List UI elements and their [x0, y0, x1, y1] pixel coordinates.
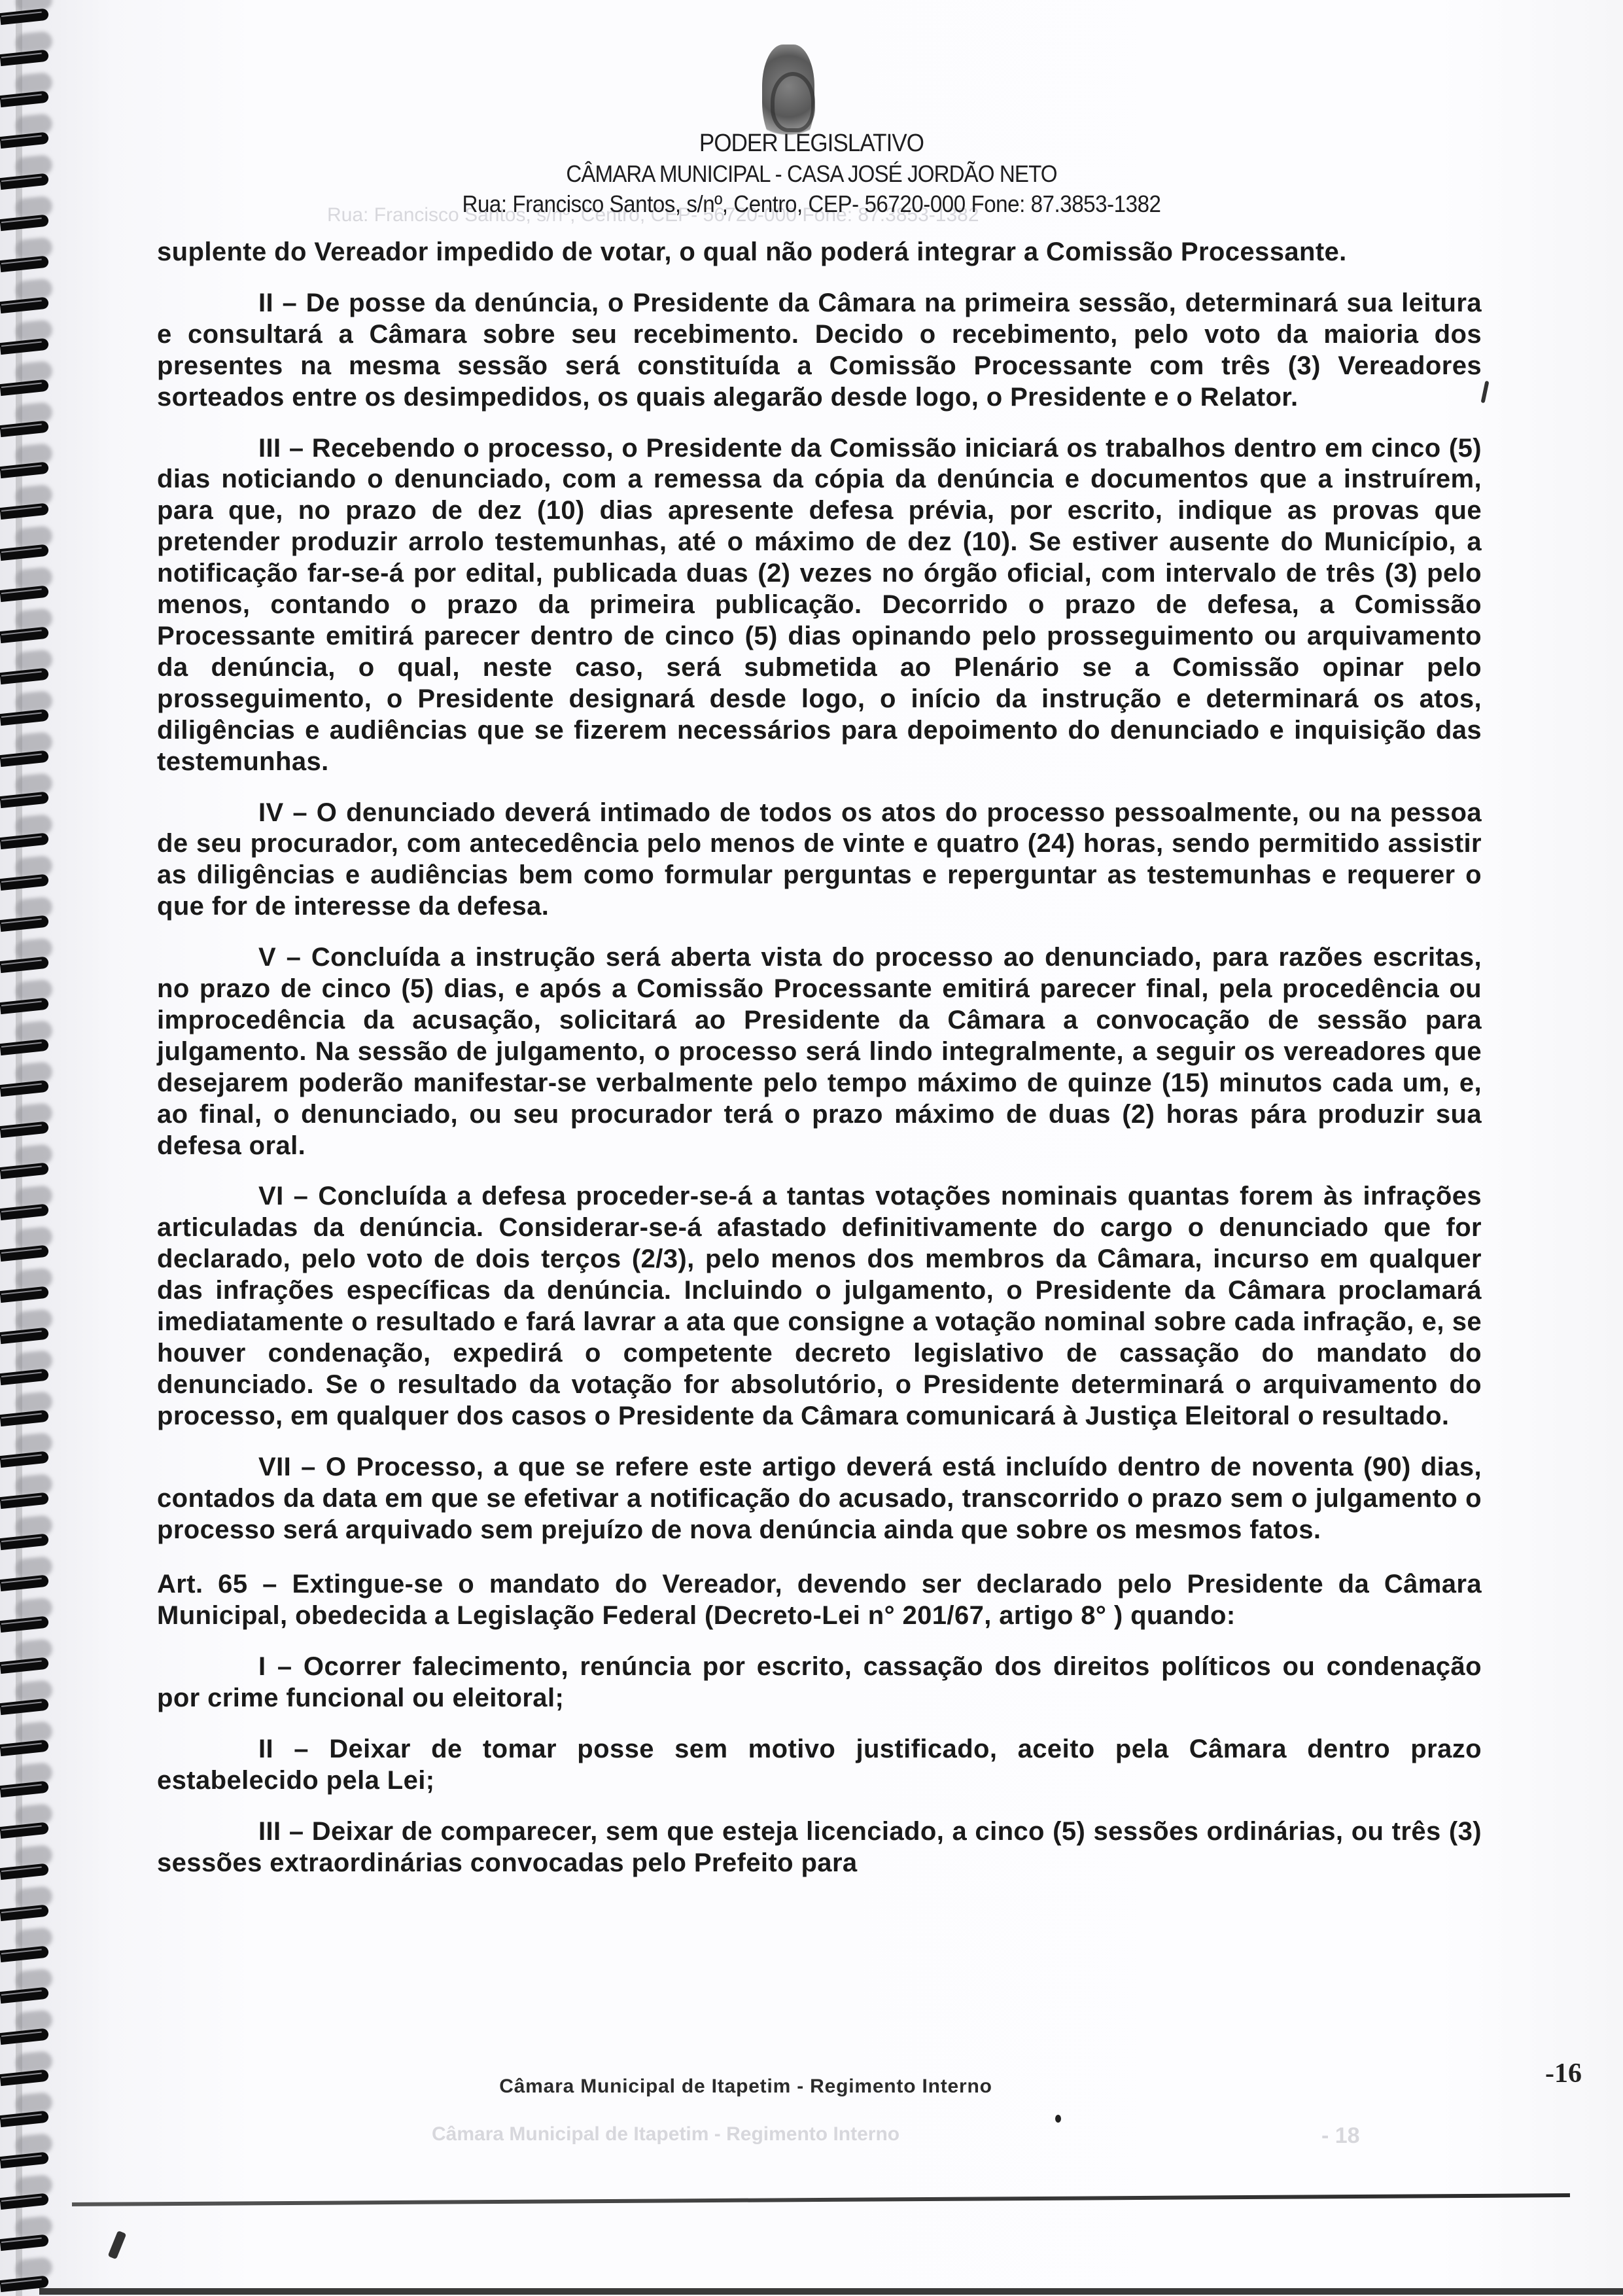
- spiral-ring-icon: [0, 580, 53, 605]
- spiral-ring-icon: [0, 209, 53, 234]
- paragraph-item-vi: VI – Concluída a defesa proceder-se-á a …: [157, 1181, 1482, 1432]
- spiral-ring-icon: [0, 910, 53, 934]
- spiral-ring-icon: [0, 3, 53, 27]
- spiral-ring-icon: [0, 539, 53, 563]
- paragraph-item-ii: II – De posse da denúncia, o Presidente …: [157, 288, 1482, 414]
- pen-mark: [108, 2231, 127, 2259]
- spiral-ring-icon: [0, 1775, 53, 1800]
- spiral-ring-icon: [0, 1734, 53, 1759]
- margin-pen-mark: [1481, 381, 1490, 404]
- page-edge-shadow-line: [72, 2193, 1570, 2206]
- spiral-ring-icon: [0, 332, 53, 357]
- spiral-ring-icon: [0, 951, 53, 976]
- spiral-ring-icon: [0, 1033, 53, 1058]
- spiral-ring-icon: [0, 456, 53, 481]
- letterhead-address: Rua: Francisco Santos, s/nº, Centro, CEP…: [65, 190, 1558, 218]
- paragraph-item-iii: III – Recebendo o processo, o Presidente…: [157, 433, 1482, 778]
- spiral-ring-icon: [0, 992, 53, 1017]
- page-number: -16: [1545, 2058, 1582, 2089]
- bleed-through-footer: Câmara Municipal de Itapetim - Regimento…: [432, 2123, 899, 2146]
- spiral-ring-icon: [0, 1487, 53, 1511]
- spiral-ring-icon: [0, 1198, 53, 1223]
- spiral-ring-icon: [0, 703, 53, 728]
- spiral-ring-icon: [0, 1940, 53, 1965]
- spiral-ring-icon: [0, 1239, 53, 1264]
- spiral-binding: [0, 0, 79, 2296]
- spiral-ring-icon: [0, 745, 53, 769]
- spiral-ring-icon: [0, 415, 53, 440]
- page-bottom-edge: [39, 2288, 1623, 2295]
- spiral-ring-icon: [0, 1157, 53, 1182]
- paragraph-item-v: V – Concluída a instrução será aberta vi…: [157, 942, 1482, 1161]
- spiral-ring-icon: [0, 1651, 53, 1676]
- spiral-ring-icon: [0, 1404, 53, 1429]
- spiral-ring-icon: [0, 2022, 53, 2047]
- spiral-ring-icon: [0, 1363, 53, 1388]
- spiral-ring-icon: [0, 1858, 53, 1882]
- document-body: suplente do Vereador impedido de votar, …: [157, 237, 1482, 1879]
- spiral-ring-icon: [0, 1445, 53, 1470]
- spiral-ring-icon: [0, 497, 53, 522]
- article-65-item-iii: III – Deixar de comparecer, sem que este…: [157, 1816, 1482, 1879]
- spiral-ring-icon: [0, 1899, 53, 1924]
- spiral-ring-icon: [0, 662, 53, 687]
- spiral-ring-icon: [0, 1116, 53, 1140]
- bleed-through-page-number: - 18: [1321, 2123, 1360, 2149]
- spiral-ring-icon: [0, 1816, 53, 1841]
- paragraph-continuation: suplente do Vereador impedido de votar, …: [157, 237, 1482, 268]
- spiral-ring-icon: [0, 44, 53, 69]
- article-65-item-i: I – Ocorrer falecimento, renúncia por es…: [157, 1651, 1482, 1714]
- spiral-ring-icon: [0, 2105, 53, 2130]
- spiral-ring-icon: [0, 168, 53, 192]
- spiral-ring-icon: [0, 2229, 53, 2253]
- article-65: Art. 65 – Extingue-se o mandato do Verea…: [157, 1569, 1482, 1632]
- spiral-ring-icon: [0, 1569, 53, 1594]
- spiral-ring-icon: [0, 868, 53, 893]
- letterhead-title: PODER LEGISLATIVO: [65, 130, 1558, 158]
- spiral-ring-icon: [0, 1981, 53, 2006]
- spiral-ring-icon: [0, 827, 53, 852]
- paragraph-item-vii: VII – O Processo, a que se refere este a…: [157, 1452, 1482, 1546]
- spiral-ring-icon: [0, 1322, 53, 1347]
- spiral-ring-icon: [0, 291, 53, 316]
- spiral-ring-icon: [0, 1610, 53, 1635]
- spiral-ring-icon: [0, 1528, 53, 1553]
- spiral-ring-icon: [0, 786, 53, 811]
- letterhead-subtitle: CÂMARA MUNICIPAL - CASA JOSÉ JORDÃO NETO: [65, 160, 1558, 188]
- spiral-ring-icon: [0, 621, 53, 646]
- coat-of-arms-emblem-icon: [771, 72, 815, 132]
- paragraph-item-iv: IV – O denunciado deverá intimado de tod…: [157, 798, 1482, 923]
- spiral-ring-icon: [0, 1074, 53, 1099]
- spiral-ring-icon: [0, 2187, 53, 2212]
- spiral-ring-icon: [0, 374, 53, 398]
- spiral-ring-icon: [0, 1280, 53, 1305]
- spiral-ring-icon: [0, 1693, 53, 1718]
- spiral-ring-icon: [0, 250, 53, 275]
- footer-text: Câmara Municipal de Itapetim - Regimento…: [499, 2075, 992, 2097]
- ink-dot: [1055, 2115, 1061, 2123]
- spiral-ring-icon: [0, 126, 53, 151]
- article-65-item-ii: II – Deixar de tomar posse sem motivo ju…: [157, 1734, 1482, 1797]
- spiral-ring-icon: [0, 85, 53, 110]
- scanned-page: Rua: Francisco Santos, s/nº, Centro, CEP…: [0, 0, 1623, 2296]
- spiral-ring-icon: [0, 2146, 53, 2171]
- page-footer: Câmara Municipal de Itapetim - Regimento…: [0, 2075, 1021, 2098]
